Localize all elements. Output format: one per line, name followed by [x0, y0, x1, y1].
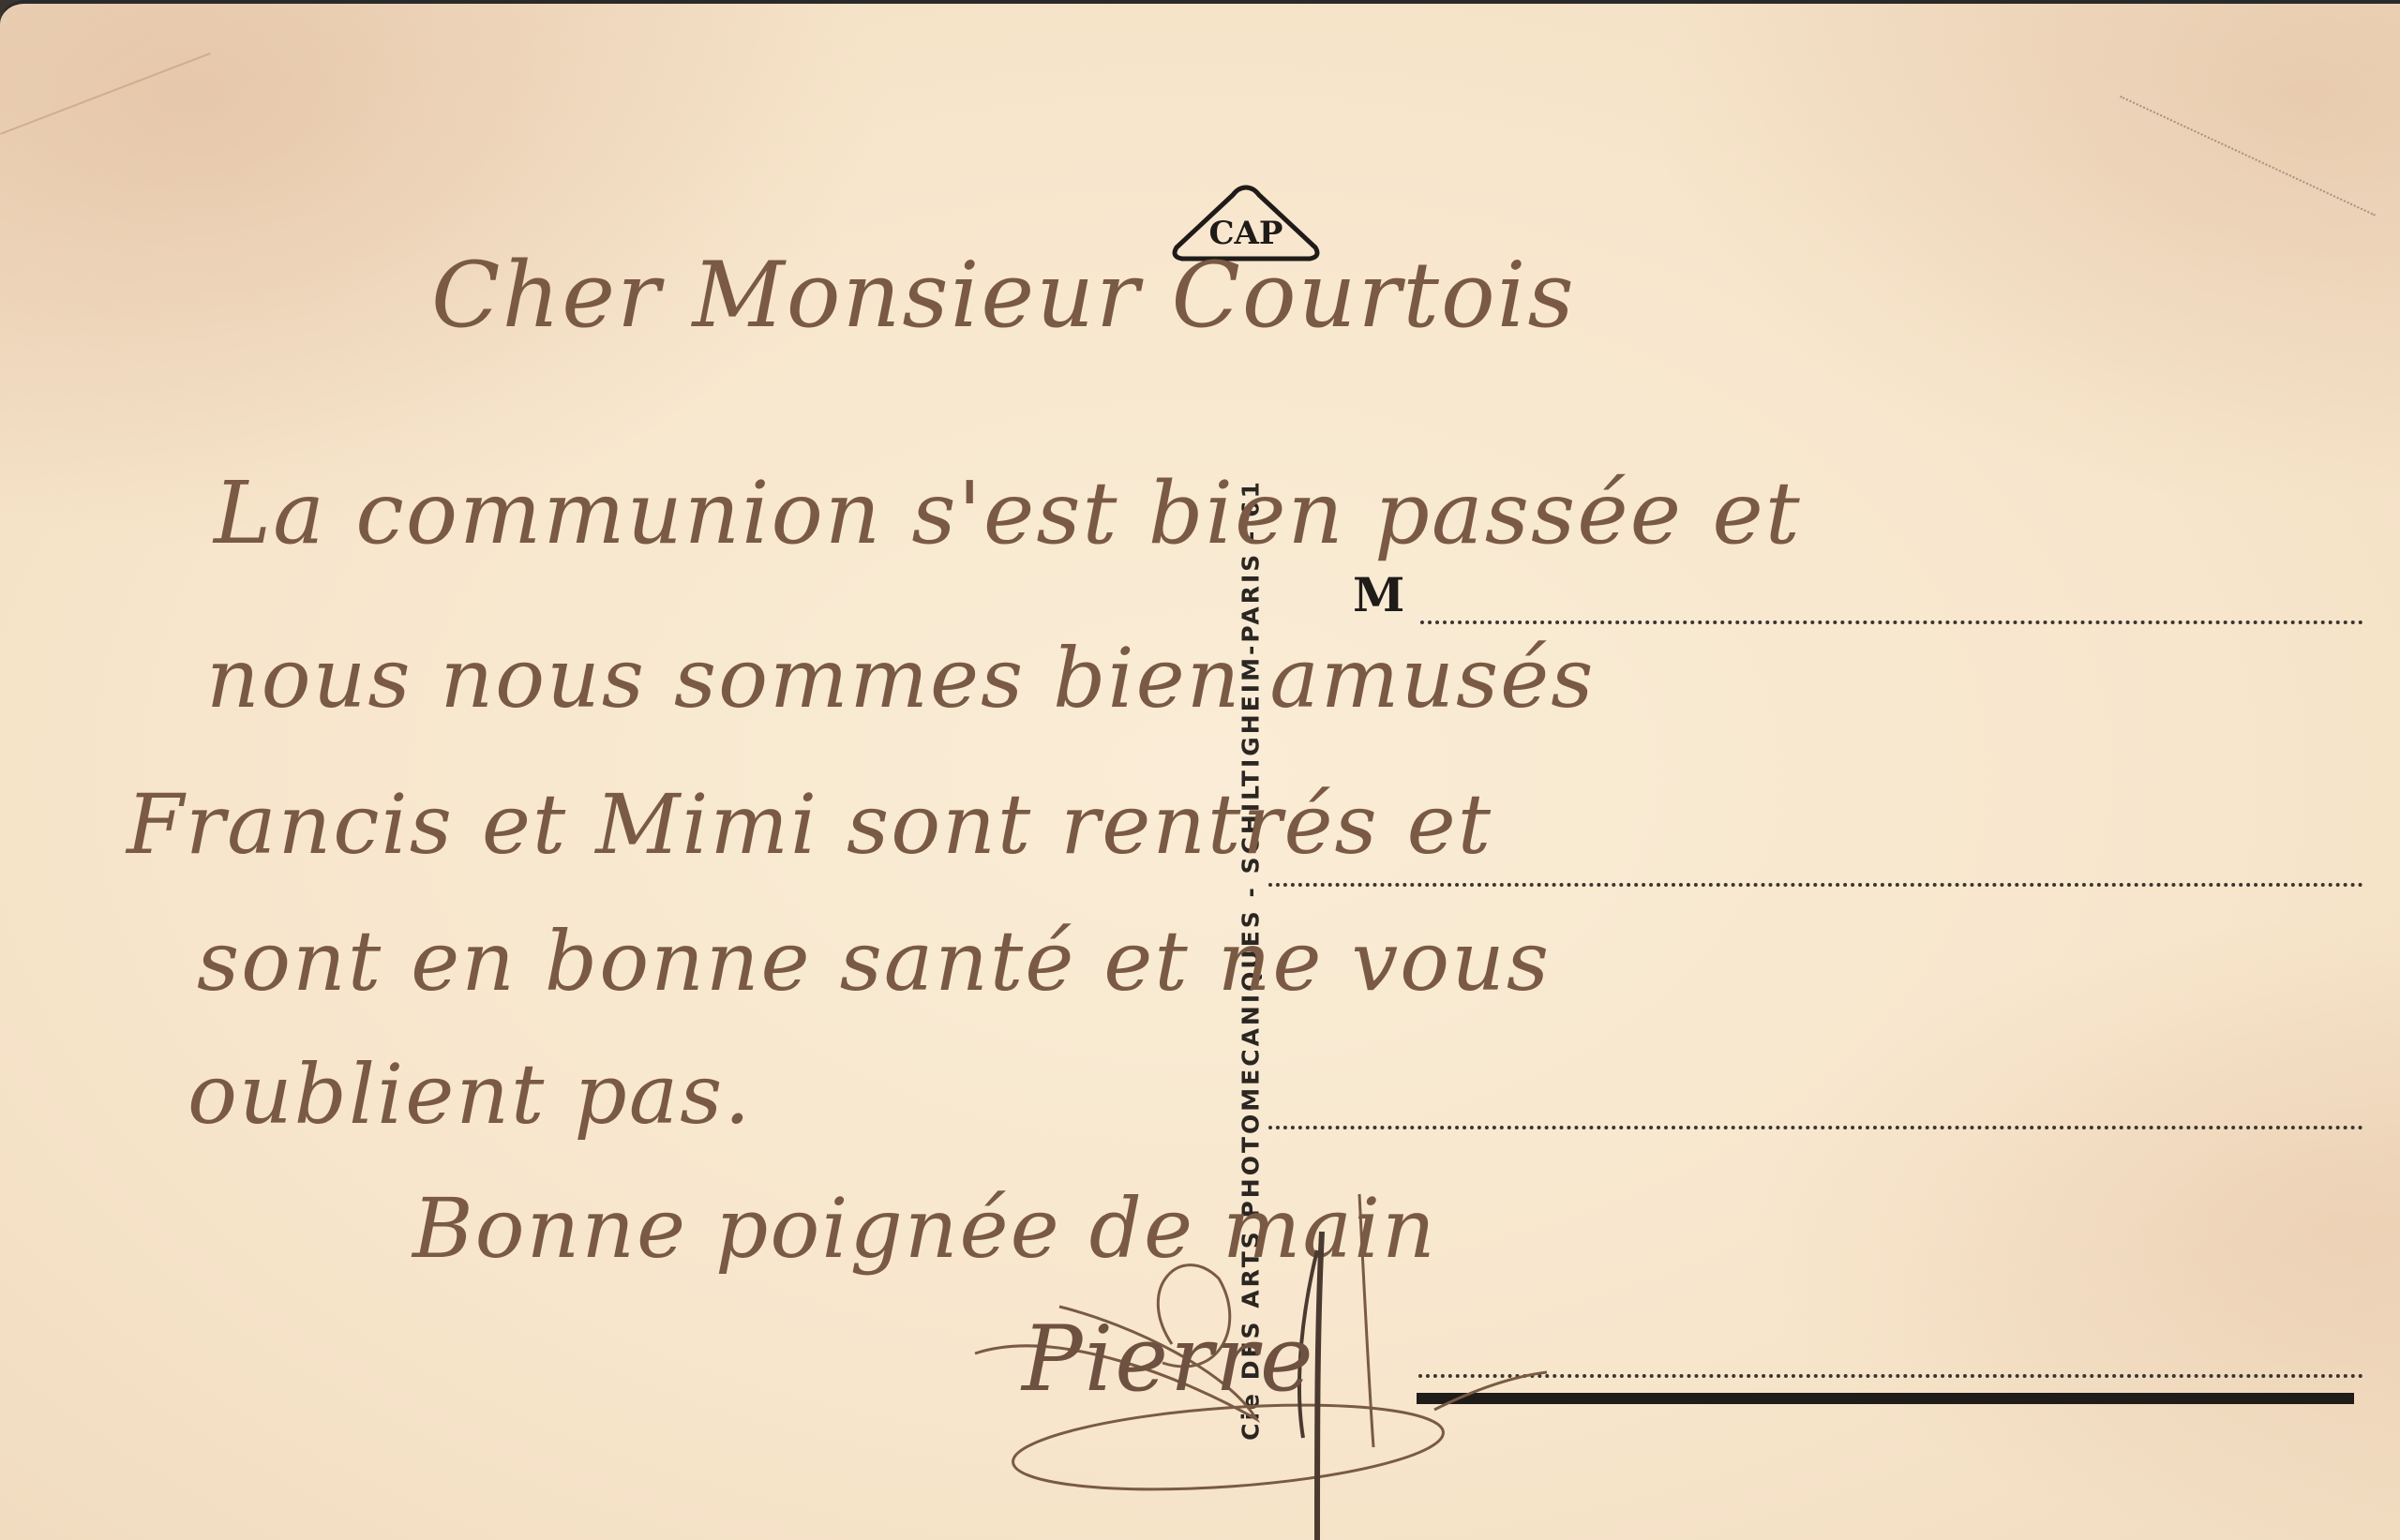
message-line: La communion s'est bien passée et [214, 463, 1802, 563]
address-line-3 [1268, 1126, 2363, 1129]
message-line: sont en bonne santé et ne vous [197, 913, 1551, 1009]
address-line-4 [1418, 1374, 2363, 1378]
paper-crease [2119, 96, 2376, 217]
address-line-1 [1420, 620, 2363, 624]
address-underline-bar [1417, 1393, 2354, 1404]
postcard-back: CAP Cie DES ARTS PHOTOMECANIQUES - SCHIL… [0, 0, 2400, 1540]
message-line: nous nous sommes bien amusés [206, 630, 1595, 726]
message-line: oublient pas. [187, 1046, 752, 1143]
address-line-2 [1268, 883, 2363, 887]
message-signature: Pierre [1022, 1307, 1315, 1412]
paper-crease [0, 52, 241, 214]
message-salutation: Cher Monsieur Courtois [431, 243, 1576, 348]
message-line: Francis et Mimi sont rentrés et [127, 776, 1492, 873]
address-prefix: M [1353, 572, 1404, 619]
